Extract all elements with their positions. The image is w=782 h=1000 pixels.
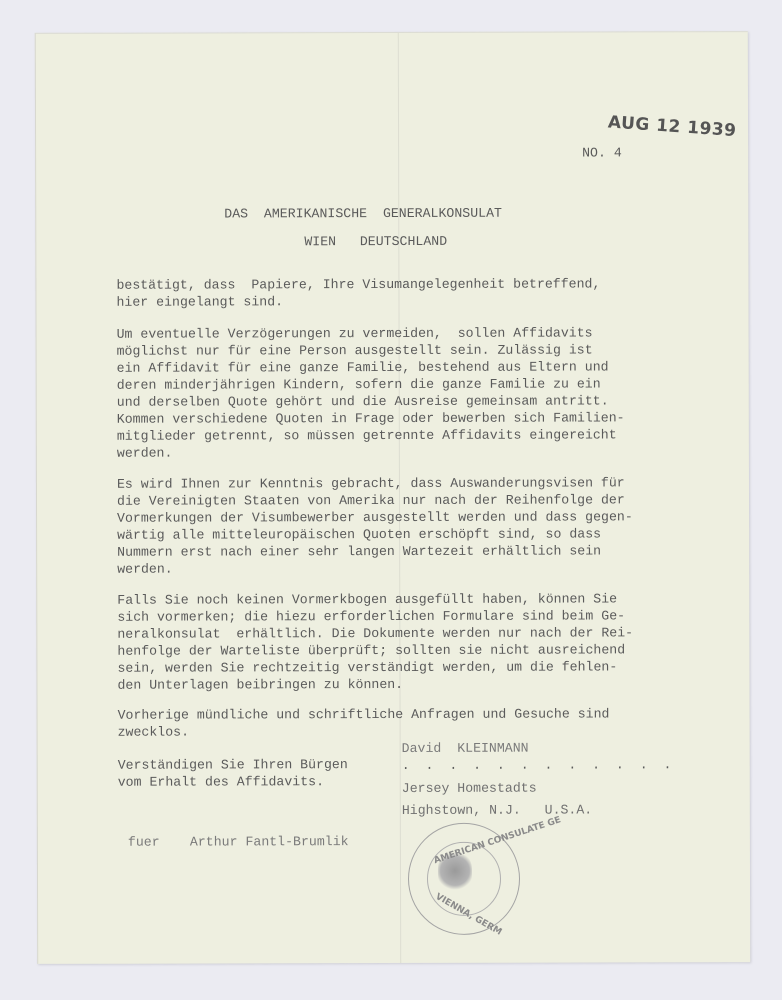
- text-line: henfolge der Warteliste überprüft; sollt…: [117, 641, 625, 660]
- text-line: deren minderjährigen Kindern, sofern die…: [117, 375, 601, 393]
- sponsor-address-line2: Highstown, N.J. U.S.A.: [402, 801, 592, 819]
- text-line: sich vormerken; die hiezu erforderlichen…: [117, 607, 625, 626]
- text-line: hier eingelangt sind.: [116, 293, 283, 311]
- text-line: mitglieder getrennt, so müssen getrennte…: [117, 426, 617, 445]
- sponsor-dotted-line: . . . . . . . . . . . .: [402, 756, 672, 774]
- paragraph-notify-sponsor: Verständigen Sie Ihren Bürgen vom Erhalt…: [36, 32, 748, 34]
- consulate-seal: AMERICAN CONSULATE GE VIENNA, GERM: [408, 823, 520, 935]
- recipient-line: fuer Arthur Fantl-Brumlik: [36, 32, 748, 34]
- reference-number: NO. 4: [582, 144, 622, 161]
- text-line: Es wird Ihnen zur Kenntnis gebracht, das…: [117, 474, 625, 493]
- recipient-name: Arthur Fantl-Brumlik: [190, 833, 349, 851]
- text-line: möglichst nur für eine Person ausgestell…: [117, 341, 593, 359]
- sponsor-name: David KLEINMANN: [402, 740, 529, 758]
- date-stamp: AUG 12 1939: [607, 112, 737, 141]
- seal-text-top: AMERICAN CONSULATE GE: [433, 815, 563, 866]
- text-line: werden.: [117, 445, 173, 462]
- paragraph-confirmation: bestätigt, dass Papiere, Ihre Visumangel…: [36, 32, 748, 34]
- text-line: Falls Sie noch keinen Vormerkbogen ausge…: [117, 590, 617, 609]
- text-line: Kommen verschiedene Quoten in Frage oder…: [117, 409, 625, 428]
- text-line: neralkonsulat erhältlich. Die Dokumente …: [117, 624, 633, 643]
- text-line: die Vereinigten Staaten von Amerika nur …: [117, 491, 625, 510]
- text-line: Um eventuelle Verzögerungen zu vermeiden…: [117, 324, 593, 342]
- sponsor-address-line1: Jersey Homestadts: [402, 780, 537, 798]
- paragraph-registration: Falls Sie noch keinen Vormerkbogen ausge…: [36, 32, 748, 34]
- paragraph-inquiries: Vorherige mündliche und schriftliche Anf…: [36, 32, 748, 34]
- consulate-letter: AUG 12 1939 NO. 4 DAS AMERIKANISCHE GENE…: [35, 31, 750, 964]
- paragraph-quota-notice: Es wird Ihnen zur Kenntnis gebracht, das…: [36, 32, 748, 34]
- text-line: Verständigen Sie Ihren Bürgen: [118, 756, 348, 774]
- text-line: wärtig alle mitteleuropäischen Quoten er…: [117, 525, 601, 543]
- text-line: vom Erhalt des Affidavits.: [118, 773, 324, 791]
- sponsor-block: David KLEINMANN . . . . . . . . . . . . …: [36, 32, 748, 34]
- text-line: Vorherige mündliche und schriftliche Anf…: [118, 705, 610, 723]
- text-line: zwecklos.: [118, 724, 189, 741]
- text-line: und derselben Quote gehört und die Ausre…: [117, 392, 609, 410]
- header-location: WIEN DEUTSCHLAND: [304, 233, 447, 251]
- text-line: Vormerkungen der Visumbewerber ausgestel…: [117, 508, 633, 527]
- text-line: den Unterlagen beibringen zu können.: [117, 676, 403, 694]
- text-line: ein Affidavit für eine ganze Familie, be…: [117, 358, 609, 376]
- paragraph-affidavits: Um eventuelle Verzögerungen zu vermeiden…: [36, 32, 748, 34]
- text-line: werden.: [117, 561, 173, 578]
- text-line: bestätigt, dass Papiere, Ihre Visumangel…: [116, 275, 600, 293]
- header-consulate: DAS AMERIKANISCHE GENERALKONSULAT: [224, 205, 502, 223]
- text-line: Nummern erst nach einer sehr langen Wart…: [117, 542, 601, 560]
- recipient-prefix: fuer: [128, 834, 160, 851]
- text-line: sein, werden Sie rechtzeitig verständigt…: [117, 658, 617, 677]
